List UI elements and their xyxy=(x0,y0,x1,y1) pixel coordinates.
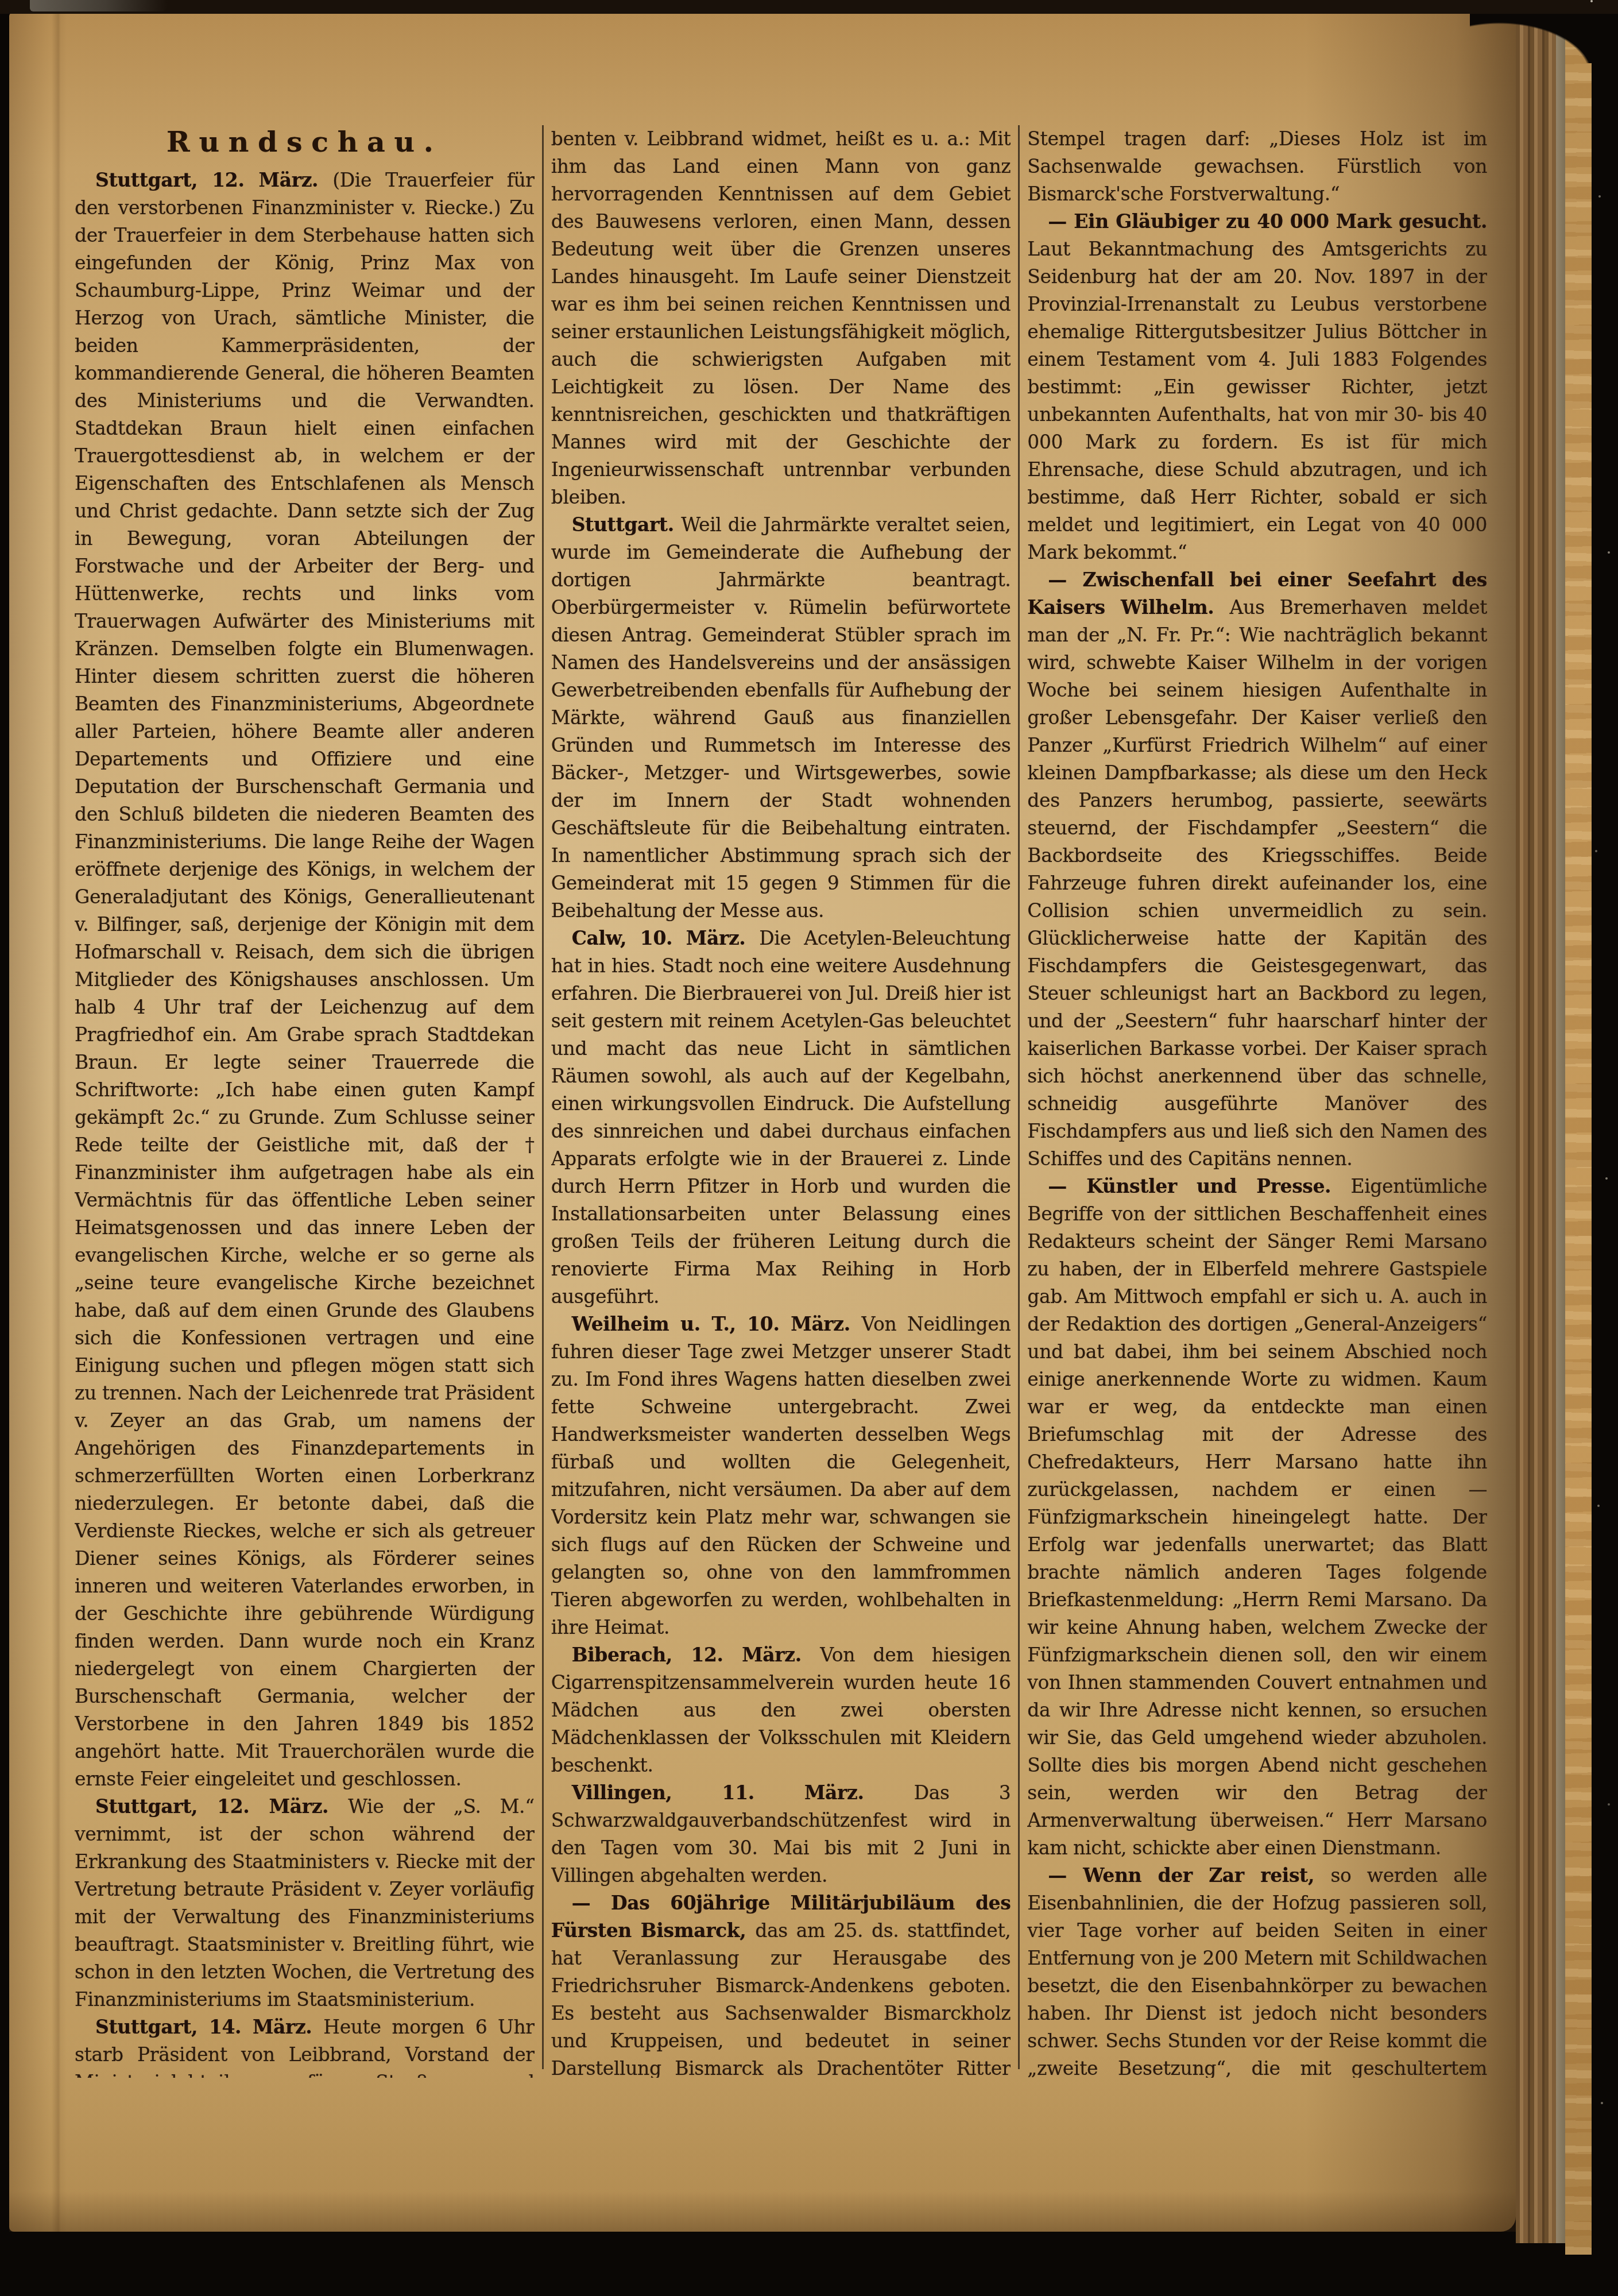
article-body: Aus Bremerhaven meldet man der „N. Fr. P… xyxy=(1027,596,1487,1170)
article: — Das 60jährige Militärjubiläum des Fürs… xyxy=(551,1889,1011,2078)
article-dateline: Weilheim u. T., 10. März. xyxy=(572,1313,862,1335)
article: Weilheim u. T., 10. März.Von Neidlingen … xyxy=(551,1311,1011,1641)
article-body: Weil die Jahrmärkte veraltet seien, wurd… xyxy=(551,513,1011,922)
photo-top-edge xyxy=(0,0,1618,14)
column-2: benten v. Leibbrand widmet, heißt es u. … xyxy=(551,125,1011,2078)
article-dateline: Stuttgart, 14. März. xyxy=(95,2016,323,2038)
article: Stuttgart, 14. März.Heute morgen 6 Uhr s… xyxy=(75,2013,535,2078)
article-continuation: benten v. Leibbrand widmet, heißt es u. … xyxy=(551,125,1011,511)
article-dateline: — Ein Gläubiger zu 40 000 Mark gesucht. xyxy=(1048,210,1487,233)
article-dateline: Villingen, 11. März. xyxy=(572,1781,914,1804)
top-left-debris xyxy=(30,0,168,11)
column-rule-2 xyxy=(1018,125,1020,2069)
article-body: Stempel tragen darf: „Dieses Holz ist im… xyxy=(1027,127,1487,205)
article: Stuttgart.Weil die Jahrmärkte veraltet s… xyxy=(551,511,1011,925)
article: — Wenn der Zar reist,so werden alle Eise… xyxy=(1027,1862,1487,2078)
article-dateline: Biberach, 12. März. xyxy=(572,1644,820,1666)
column-rule-1 xyxy=(542,125,544,2069)
article: — Künstler und Presse.Eigentümliche Begr… xyxy=(1027,1173,1487,1862)
column-1: Rundschau. Stuttgart, 12. März.(Die Trau… xyxy=(75,125,535,2078)
article: Stuttgart, 12. März.Wie der „S. M.“ vern… xyxy=(75,1793,535,2013)
column-3: Stempel tragen darf: „Dieses Holz ist im… xyxy=(1027,125,1487,2078)
page-bottom-shade xyxy=(9,2191,1516,2232)
article-body: das am 25. ds. stattfindet, hat Veranlas… xyxy=(551,1919,1011,2078)
book-fore-edge xyxy=(1565,15,1592,2255)
article: — Zwischenfall bei einer Seefahrt des Ka… xyxy=(1027,566,1487,1173)
article-body: (Die Trauerfeier für den verstorbenen Fi… xyxy=(75,169,535,1790)
article-dateline: Stuttgart. xyxy=(572,513,682,536)
article: Calw, 10. März.Die Acetylen-Beleuchtung … xyxy=(551,925,1011,1311)
article-body: so werden alle Eisenbahnlinien, die der … xyxy=(1027,1864,1487,2078)
article: Stuttgart, 12. März.(Die Trauerfeier für… xyxy=(75,167,535,1793)
article-dateline: — Künstler und Presse. xyxy=(1048,1175,1350,1197)
article: — Ein Gläubiger zu 40 000 Mark gesucht.L… xyxy=(1027,208,1487,566)
page-fold-crease xyxy=(52,13,67,2232)
article-continuation: Stempel tragen darf: „Dieses Holz ist im… xyxy=(1027,125,1487,208)
article: Biberach, 12. März.Von dem hiesigen Ciga… xyxy=(551,1641,1011,1779)
book-edge-gray-strip xyxy=(1556,15,1565,2243)
article-dateline: Calw, 10. März. xyxy=(572,927,760,949)
article-body: benten v. Leibbrand widmet, heißt es u. … xyxy=(551,127,1011,508)
article-body: Eigentümliche Begriffe von der sittliche… xyxy=(1027,1175,1487,1859)
article-dateline: — Wenn der Zar reist, xyxy=(1048,1864,1330,1887)
article-dateline: Stuttgart, 12. März. xyxy=(95,1795,348,1818)
photo-background: Rundschau. Stuttgart, 12. März.(Die Trau… xyxy=(0,0,1618,2296)
article-dateline: Stuttgart, 12. März. xyxy=(95,169,332,191)
article: Villingen, 11. März.Das 3 Schwarzwaldgau… xyxy=(551,1779,1011,1889)
book-page-stack-edge xyxy=(1516,15,1556,2243)
section-title: Rundschau. xyxy=(75,125,535,159)
article-body: Von Neidlingen fuhren dieser Tage zwei M… xyxy=(551,1313,1011,1638)
article-body: Laut Bekanntmachung des Amtsgerichts zu … xyxy=(1027,238,1487,563)
article-body: Wie der „S. M.“ vernimmt, ist der schon … xyxy=(75,1795,535,2011)
page-content: Rundschau. Stuttgart, 12. März.(Die Trau… xyxy=(75,125,1487,2078)
article-body: Die Acetylen-Beleuchtung hat in hies. St… xyxy=(551,927,1011,1308)
